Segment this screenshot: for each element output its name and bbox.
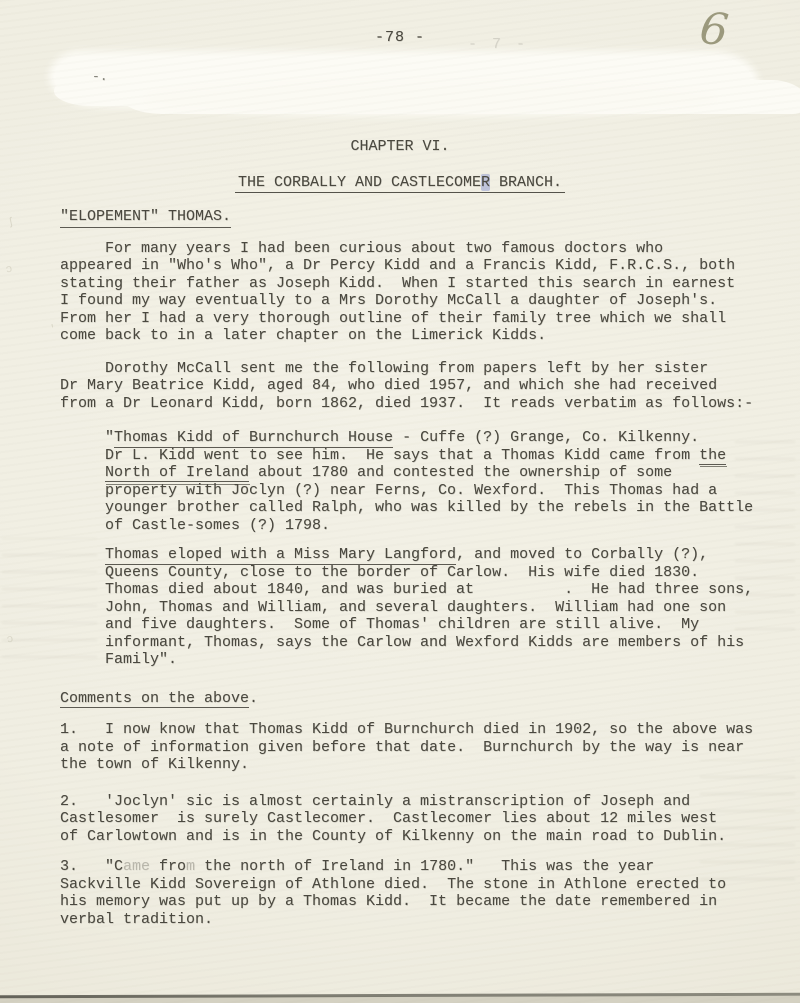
text-segment: younger brother called Ralph, who was ki… [105,499,753,516]
text-segment: informant, Thomas, says the Carlow and W… [105,634,744,651]
text-segment: fro [150,858,186,875]
text-segment: and five daughters. Some of Thomas' chil… [105,616,699,633]
para-dorothy: Dorothy McCall sent me the following fro… [60,360,760,413]
comment-2: 2. 'Joclyn' sic is almost certainly a mi… [60,793,760,846]
text-segment: a note of information given before that … [60,739,744,756]
text-segment: Comments on the above [60,690,249,709]
text-segment: Thomas Kidd of Burnchurch House [114,429,393,448]
text-segment: his memory was put up by a Thomas Kidd. … [60,893,717,910]
text-line: I found my way eventually to a Mrs Dorot… [60,292,760,310]
text-segment: the north of Ireland in 1780." This was … [195,858,654,875]
text-segment: Castlesomer is surely Castlecomer. Castl… [60,810,717,827]
text-segment: the [699,447,726,465]
document-body: For many years I had been curious about … [0,240,800,929]
text-line: appeared in "Who's Who", a Dr Percy Kidd… [60,257,760,275]
text-line: the town of Kilkenny. [60,756,760,774]
text-line: 3. "Came from the north of Ireland in 17… [60,858,760,876]
text-segment: of Carlowtown and is in the County of Ki… [60,828,726,845]
text-line: Dorothy McCall sent me the following fro… [60,360,760,378]
text-line: Thomas died about 1840, and was buried a… [105,581,760,599]
text-line: come back to in a later chapter on the L… [60,327,760,345]
text-segment: Dorothy McCall sent me the following fro… [60,360,708,377]
quote-elopement: Thomas eloped with a Miss Mary Langford,… [105,546,760,669]
text-line: Queens County, close to the border of Ca… [105,564,760,582]
text-segment: from a Dr Leonard Kidd, born 1862, died … [60,395,753,412]
text-segment: Queens County, close to the border of Ca… [105,564,699,581]
section-heading: "ELOPEMENT" THOMAS. [60,208,800,228]
text-segment: the town of Kilkenny. [60,756,249,773]
quote-burnchurch: "Thomas Kidd of Burnchurch House - Cuffe… [105,429,760,534]
text-segment: " [105,429,114,446]
text-line: "Thomas Kidd of Burnchurch House - Cuffe… [105,429,760,447]
chapter-heading: CHAPTER VI. [0,138,800,156]
text-segment: R [481,174,490,191]
text-line: younger brother called Ralph, who was ki… [105,499,760,517]
text-segment: ame [123,858,150,875]
text-line: a note of information given before that … [60,739,760,757]
text-segment: Sackville Kidd Sovereign of Athlone died… [60,876,726,893]
text-segment: Dr Mary Beatrice Kidd, aged 84, who died… [60,377,717,394]
text-line: and five daughters. Some of Thomas' chil… [105,616,760,634]
text-line: Family". [105,651,760,669]
text-line: his memory was put up by a Thomas Kidd. … [60,893,760,911]
text-segment: I found my way eventually to a Mrs Dorot… [60,292,717,309]
text-line: Sackville Kidd Sovereign of Athlone died… [60,876,760,894]
section-heading-text: "ELOPEMENT" THOMAS. [60,208,231,228]
scanned-document-page: -. -78 - - 7 - 6 ʃ ɔ ɔ ' CHAPTER VI. THE… [0,0,800,1003]
text-line: 2. 'Joclyn' sic is almost certainly a mi… [60,793,760,811]
text-line: John, Thomas and William, and several da… [105,599,760,617]
text-line: of Carlowtown and is in the County of Ki… [60,828,760,846]
text-segment: - Cuffe (?) Grange, Co. Kilkenny. [393,429,699,446]
text-segment: stating their father as Joseph Kidd. Whe… [60,275,735,292]
typed-content: CHAPTER VI. THE CORBALLY AND CASTLECOMER… [0,0,800,928]
text-line: North of Ireland about 1780 and conteste… [105,464,760,482]
text-segment: about 1780 and contested the ownership o… [249,464,672,481]
comment-1: 1. I now know that Thomas Kidd of Burnch… [60,721,760,774]
text-line: Thomas eloped with a Miss Mary Langford,… [105,546,760,564]
text-segment: m [186,858,195,875]
para-intro: For many years I had been curious about … [60,240,760,345]
text-segment: North of Ireland [105,464,249,482]
text-segment: , and moved to Corbally (?), [456,546,708,563]
text-line: of Castle-somes (?) 1798. [105,517,760,535]
text-segment: 1. I now know that Thomas Kidd of Burnch… [60,721,753,738]
text-line: From her I had a very thorough outline o… [60,310,760,328]
text-line: from a Dr Leonard Kidd, born 1862, died … [60,395,760,413]
text-segment: THE CORBALLY AND CASTLECOME [238,174,481,191]
text-line: stating their father as Joseph Kidd. Whe… [60,275,760,293]
comment-3: 3. "Came from the north of Ireland in 17… [60,858,760,928]
text-segment: 3. "C [60,858,123,875]
text-line: informant, Thomas, says the Carlow and W… [105,634,760,652]
text-segment: of Castle-somes (?) 1798. [105,517,330,534]
text-line: For many years I had been curious about … [60,240,760,258]
text-segment: From her I had a very thorough outline o… [60,310,726,327]
text-segment: Family". [105,651,177,668]
text-segment: come back to in a later chapter on the L… [60,327,546,344]
text-line: Castlesomer is surely Castlecomer. Castl… [60,810,760,828]
text-line: Comments on the above. [60,690,760,708]
text-line: Dr L. Kidd went to see him. He says that… [105,447,760,465]
text-segment: BRANCH. [490,174,562,191]
text-segment: Thomas died about 1840, and was buried a… [105,581,753,598]
text-segment: John, Thomas and William, and several da… [105,599,726,616]
text-segment: 2. 'Joclyn' sic is almost certainly a mi… [60,793,690,810]
heading-comments: Comments on the above. [60,690,760,708]
branch-title-text: THE CORBALLY AND CASTLECOMER BRANCH. [235,174,565,194]
text-segment: . [249,690,258,707]
text-segment: For many years I had been curious about … [60,240,663,257]
text-segment: Dr L. Kidd went to see him. He says that… [105,447,699,464]
text-segment: Thomas eloped with a Miss Mary Langford [105,546,456,565]
text-line: verbal tradition. [60,911,760,929]
text-line: 1. I now know that Thomas Kidd of Burnch… [60,721,760,739]
text-segment: appeared in "Who's Who", a Dr Percy Kidd… [60,257,735,274]
branch-title: THE CORBALLY AND CASTLECOMER BRANCH. [0,174,800,194]
text-segment: property with Joclyn (?) near Ferns, Co.… [105,482,717,499]
text-segment: verbal tradition. [60,911,213,928]
text-line: property with Joclyn (?) near Ferns, Co.… [105,482,760,500]
text-line: Dr Mary Beatrice Kidd, aged 84, who died… [60,377,760,395]
